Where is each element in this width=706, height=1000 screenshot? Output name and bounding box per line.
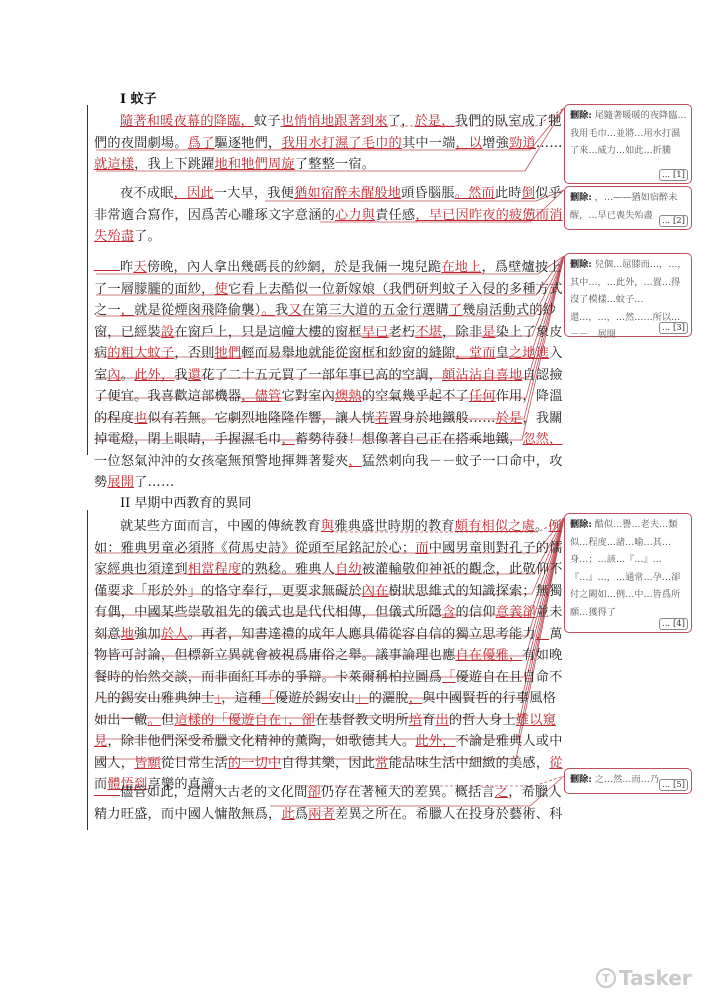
text-line: 家經典也須達到相當程度的熟稔。雅典人自幼被灌輸敬仰神祇的觀念，此敬仰不 [94,560,534,582]
text-line: 如出一轍。但這樣的「優遊自在」，卻在基督教文明所培育出的哲人身上難以窺 [94,711,534,733]
tracked-insertion[interactable]: 爲了 [188,136,215,151]
tracked-insertion[interactable]: 皆願 [134,756,161,771]
comment-balloon-2[interactable]: 刪除: ，…——猶如宿醉未醒，…早已喪失殆盡 ... [2] [564,186,692,230]
tracked-insertion[interactable]: 卻 [307,785,320,800]
tracked-insertion[interactable]: 於是 [496,411,523,426]
tracked-insertion[interactable]: 使 [215,282,228,297]
tracked-insertion[interactable]: 又 [288,303,301,318]
text-line: 一位怒氣沖沖的女孩毫無預警地揮舞著髮夾，猛然刺向我－－蚊子一口命中，攻 [94,452,534,474]
tracked-insertion[interactable]: 是 [482,325,495,340]
tracked-insertion[interactable]: 的一切中 [228,756,282,771]
comment-ref-button[interactable]: ... [2] [659,215,688,227]
tracked-insertion[interactable]: 不堪 [415,325,442,340]
tracked-insertion[interactable]: 見 [94,734,107,749]
tracked-insertion[interactable]: 。 [148,713,161,728]
tracked-insertion[interactable]: 早已 [362,325,389,340]
tracked-insertion[interactable]: 心力與 [335,208,375,223]
tracked-insertion[interactable]: 而 [415,541,428,556]
text-line: 的程度也似有若無。它劇烈地隆隆作響，讓人恍若置身於地鐵般……於是，我關 [94,409,534,431]
tracked-insertion[interactable]: ， [281,432,294,447]
change-bar [87,510,88,830]
tracked-insertion[interactable]: 燠熱 [335,389,362,404]
text-line: 之一，就是從煙囪飛降偷襲）。我又在第三大道的五金行選購了幾扇活動式的紗 [94,301,534,323]
section-heading-mosquito: I 蚊子 [120,88,157,107]
text-line: 國人，皆願從日常生活的一切中自得其樂，因此常能品味生活中細緻的美感，從 [94,754,534,776]
tracked-insertion[interactable]: 隨著和暖夜幕的降臨， [120,114,254,129]
text-line: 隨著和暖夜幕的降臨，蚊子也悄悄地跟著到來了，於是，我們的臥室成了牠 [94,112,534,134]
tracked-insertion[interactable]: 例 [548,519,561,534]
text-line: 精力旺盛，而中國人慵散無爲，此爲兩者差異之所在。希臘人在投身於藝術、科 [94,805,534,827]
tracked-insertion[interactable]: 這樣的「優遊自在」，卻 [174,713,315,728]
comment-balloon-1[interactable]: 刪除: 尾隨著暖暖的夜降臨…我用毛巾…並將…用水打濕了來…威力…如此…折騰 ..… [564,104,692,184]
tracked-insertion[interactable]: 含 [442,605,455,620]
text-line: 病的粗大蚊子，否則牠們輕而易舉地就能從窗框和紗窗的縫隙，堂而皇之地進入 [94,344,534,366]
paragraph-4: 就某些方面而言，中國的傳統教育與雅典盛世時期的教育頗有相似之處。例如：雅典男童必… [94,517,534,797]
paragraph-3: 昨天傍晚，內人拿出幾碼長的紗網，於是我倆一塊兒跪在地上，爲壁爐披上了一層朦朧的面… [94,258,534,495]
comment-ref-button[interactable]: ... [3] [659,322,688,334]
text-line: 有偶，中國某些崇敬祖先的儀式也是代代相傳，但儀式所隱含的信仰意義卻並未 [94,603,534,625]
paragraph-5: 儘管如此，這兩大古老的文化間卻仍存在著極大的差異。概括言之，希臘人精力旺盛，而中… [94,783,534,826]
tracked-insertion[interactable]: 意義卻 [496,605,536,620]
paragraph-2: 夜不成眠，因此一大早，我便猶如宿醉未醒般地頭昏腦脹。然而此時倒似乎非常適合寫作，… [94,184,534,249]
tracked-insertion[interactable]: 兩者 [308,807,335,822]
change-bar [87,105,88,455]
comment-text: 酷似…譽…老夫…類似…程度…諸…喻…其…身…；…該…『…』…『…』…，…通常…孕… [570,519,680,618]
tracked-insertion[interactable]: ，以 [456,136,483,151]
tracked-insertion[interactable]: 而 [482,346,495,361]
tracked-insertion[interactable]: ，堂 [455,346,482,361]
comment-balloon-5[interactable]: 刪除: 之…然…而…乃 ... [5] [564,768,692,794]
text-line: 室內。此外，我還花了二十五元買了一部年事已高的空調，頗沾沾自喜地自認撿 [94,366,534,388]
tracked-insertion[interactable]: ，儘管 [241,389,281,404]
tracked-insertion[interactable]: 內 [107,368,120,383]
comment-text: 之…然…而…乃 [595,774,659,785]
tracked-insertion[interactable]: 相當程度 [188,562,242,577]
comment-balloon-4[interactable]: 刪除: 酷似…譽…老夫…類似…程度…諸…喻…其…身…；…該…『…』…『…』…，…… [564,513,692,633]
text-line: 如：雅典男童必須將《荷馬史詩》從頭至尾銘記於心；而中國男童則對孔子的儒 [94,539,534,561]
tracked-insertion[interactable]: ，因此 [174,186,214,201]
comment-label: 刪除: [570,110,592,121]
tracked-insertion[interactable]: 任何 [469,389,496,404]
inserted-blank [94,258,120,271]
tracked-insertion[interactable]: 「 [442,670,455,685]
comment-label: 刪除: [570,259,592,270]
tracked-insertion[interactable]: 頗沾沾自喜地 [442,368,522,383]
document-page: I 蚊子 隨著和暖夜幕的降臨，蚊子也悄悄地跟著到來了，於是，我們的臥室成了牠們的… [0,0,706,1000]
tracked-insertion[interactable]: 自在優雅， [455,648,522,663]
tracked-insertion[interactable]: 之 [495,785,508,800]
text-line: 刻意地強加於人。再者，知書達禮的成年人應具備從容自信的獨立思考能力，萬 [94,625,534,647]
tracked-insertion[interactable]: 」 [355,691,368,706]
text-line: 昨天傍晚，內人拿出幾碼長的紗網，於是我倆一塊兒跪在地上，爲壁爐披上 [94,258,534,280]
text-line: 就這樣，我上下跳躍地和牠們周旋了整整一宿。 [94,155,534,177]
tracked-insertion[interactable]: 自幼 [335,562,362,577]
tracked-insertion[interactable]: 猶如宿醉未醒般地 [294,186,401,201]
tracked-insertion[interactable]: 失殆盡 [94,229,134,244]
tracked-insertion[interactable]: 難以窺 [516,713,556,728]
tasker-logo-icon: T [596,968,616,988]
inserted-blank [94,783,120,796]
tracked-insertion[interactable]: 頗有相似之處 [455,519,535,534]
tracked-insertion[interactable]: 牠們 [215,346,242,361]
tasker-watermark: T Tasker [596,966,692,990]
tracked-insertion[interactable]: 此外， [415,734,455,749]
watermark-text: Tasker [619,966,692,990]
comment-ref-button[interactable]: ... [4] [659,618,688,630]
text-line: 就某些方面而言，中國的傳統教育與雅典盛世時期的教育頗有相似之處。例 [94,517,534,539]
tracked-insertion[interactable]: 天 [133,260,146,275]
tracked-insertion[interactable]: 就這樣 [94,157,134,172]
tracked-insertion[interactable]: 從 [549,756,562,771]
text-line: 失殆盡了。 [94,227,534,249]
tracked-insertion[interactable]: 與 [321,519,334,534]
tracked-insertion[interactable]: ， [121,303,134,318]
tracked-insertion[interactable]: 培 [409,713,422,728]
tracked-insertion[interactable]: 忽然， [522,432,562,447]
tracked-insertion[interactable]: 展開 [107,475,134,490]
tracked-insertion[interactable]: 。 [261,303,274,318]
text-line: 凡的錫安山雅典紳士」，這種「優遊於錫安山」的灑脫，與中國賢哲的行事風格 [94,689,534,711]
tracked-insertion[interactable]: 「 [261,691,274,706]
tracked-insertion[interactable]: 也 [134,411,147,426]
tracked-insertion[interactable]: 。然而 [455,186,495,201]
tracked-insertion[interactable]: 於人 [161,627,188,642]
comment-label: 刪除: [570,774,592,785]
tracked-insertion[interactable]: ， [409,691,422,706]
text-line: 非常適合寫作，因爲苦心雕琢文字意涵的心力與責任感，早已因昨夜的疲憊而消 [94,206,534,228]
tracked-insertion[interactable]: 倒 [522,186,535,201]
text-line: 僅要求「形於外」的恪守奉行，更要求無礙於內在樹狀思維式的知識探索；無獨 [94,582,534,604]
tracked-insertion[interactable]: ，早已因昨夜的疲憊而消 [415,208,562,223]
text-line: 掉電燈，閉上眼睛，手握濕毛巾，蓄勢待發！想像著自己正在搭乘地鐵，忽然， [94,430,534,452]
tracked-insertion[interactable]: 也悄悄地跟著到來 [281,114,388,129]
text-line: 了便宜。我喜歡這部機器，儘管它對室內燠熱的空氣幾乎起不了任何作用，降溫 [94,387,534,409]
tracked-insertion[interactable]: ， [536,627,549,642]
tracked-insertion[interactable]: 我用水打濕了毛巾的 [281,136,402,151]
text-line: 餐時的怡然交談，而非面紅耳赤的爭辯。卡萊爾稱柏拉圖爲「優遊自在且自命不 [94,668,534,690]
tracked-insertion[interactable]: 在地上 [441,260,481,275]
tracked-insertion[interactable]: 地和牠們周旋 [215,157,295,172]
tracked-insertion[interactable]: 的粗大蚊子 [107,346,174,361]
text-line: 們的夜間劇場。爲了驅逐牠們，我用水打濕了毛巾的其中一端，以增強勁道…… [94,134,534,156]
text-line: 夜不成眠，因此一大早，我便猶如宿醉未醒般地頭昏腦脹。然而此時倒似乎 [94,184,534,206]
comment-balloon-3[interactable]: 刪除: 兒個…屈膝而…，…，其中…，…此外，…置…得沒了模樣…蚊子…還…，…，…… [564,253,692,337]
comment-label: 刪除: [570,519,592,530]
paragraph-1: 隨著和暖夜幕的降臨，蚊子也悄悄地跟著到來了，於是，我們的臥室成了牠們的夜間劇場。… [94,112,534,177]
tracked-insertion[interactable]: 此外， [134,368,174,383]
text-line: 了一層朦朧的面紗，使它看上去酷似一位新嫁娘（我們研判蚊子入侵的多種方式 [94,280,534,302]
comment-label: 刪除: [570,192,592,203]
text-line: 儘管如此，這兩大古老的文化間卻仍存在著極大的差異。概括言之，希臘人 [94,783,534,805]
tracked-insertion[interactable]: 常 [375,756,388,771]
tracked-insertion[interactable]: 之地進 [509,346,549,361]
tracked-insertion[interactable]: ， [348,454,361,469]
tracked-insertion[interactable]: 還 [188,368,201,383]
text-line: 窗，已經裝設在窗戶上，只是這幢大樓的窗框早已老朽不堪，除非是染上了象皮 [94,323,534,345]
section-heading-education: II 早期中西教育的異同 [120,492,251,511]
tracked-insertion[interactable]: 地 [121,627,134,642]
tracked-insertion[interactable]: 勁道 [509,136,536,151]
text-line: 見，除非他們深受希臘文化精神的薰陶，如歌德其人。此外，不論是雅典人或中 [94,732,534,754]
tracked-insertion[interactable]: 此 [281,807,294,822]
tracked-insertion[interactable]: 若 [375,411,388,426]
tracked-insertion[interactable]: 」 [215,691,222,706]
tracked-insertion[interactable]: 內在 [362,584,389,599]
tracked-insertion[interactable]: 了 [449,303,462,318]
tracked-insertion[interactable]: 於是， [415,114,455,129]
tracked-insertion[interactable]: 出 [436,713,449,728]
tracked-insertion[interactable]: 設 [161,325,174,340]
text-line: 物皆可討論，但標新立異就會被視爲庸俗之舉。議事論理也應自在優雅，有如晚 [94,646,534,668]
comment-ref-button[interactable]: ... [5] [659,779,688,791]
comment-ref-button[interactable]: ... [1] [659,169,688,181]
